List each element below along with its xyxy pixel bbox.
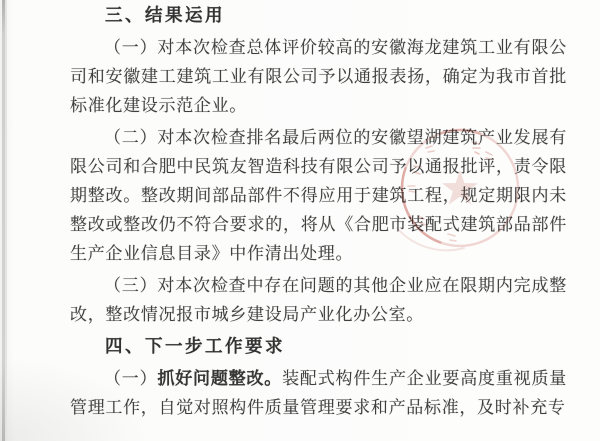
paragraph-commendation: （一）对本次检查总体评价较高的安徽海龙建筑工业有限公司和安徽建工建筑工业有限公司… bbox=[70, 33, 567, 120]
paragraph-grasp-rectification: （一）抓好问题整改。装配式构件生产企业要高度重视质量管理工作，自觉对照构件质量管… bbox=[70, 364, 567, 422]
paragraph-other-rectification: （三）对本次检查中存在问题的其他企业应在限期内完成整改，整改情况报市城乡建设局产… bbox=[70, 271, 567, 329]
paragraph-grasp-lead: 抓好问题整改。 bbox=[157, 369, 282, 388]
section-heading-results: 三、结果运用 bbox=[70, 1, 567, 30]
scanned-document-page: 三、结果运用 （一）对本次检查总体评价较高的安徽海龙建筑工业有限公司和安徽建工建… bbox=[0, 0, 600, 441]
paragraph-criticism: （二）对本次检查排名最后两位的安徽望湖建筑产业发展有限公司和合肥中民筑友智造科技… bbox=[70, 123, 567, 268]
document-body: 三、结果运用 （一）对本次检查总体评价较高的安徽海龙建筑工业有限公司和安徽建工建… bbox=[70, 1, 567, 422]
section-heading-next-steps: 四、下一步工作要求 bbox=[70, 332, 567, 361]
paragraph-grasp-prefix: （一） bbox=[104, 369, 157, 388]
page-edge-shadow-soft bbox=[5, 0, 7, 441]
